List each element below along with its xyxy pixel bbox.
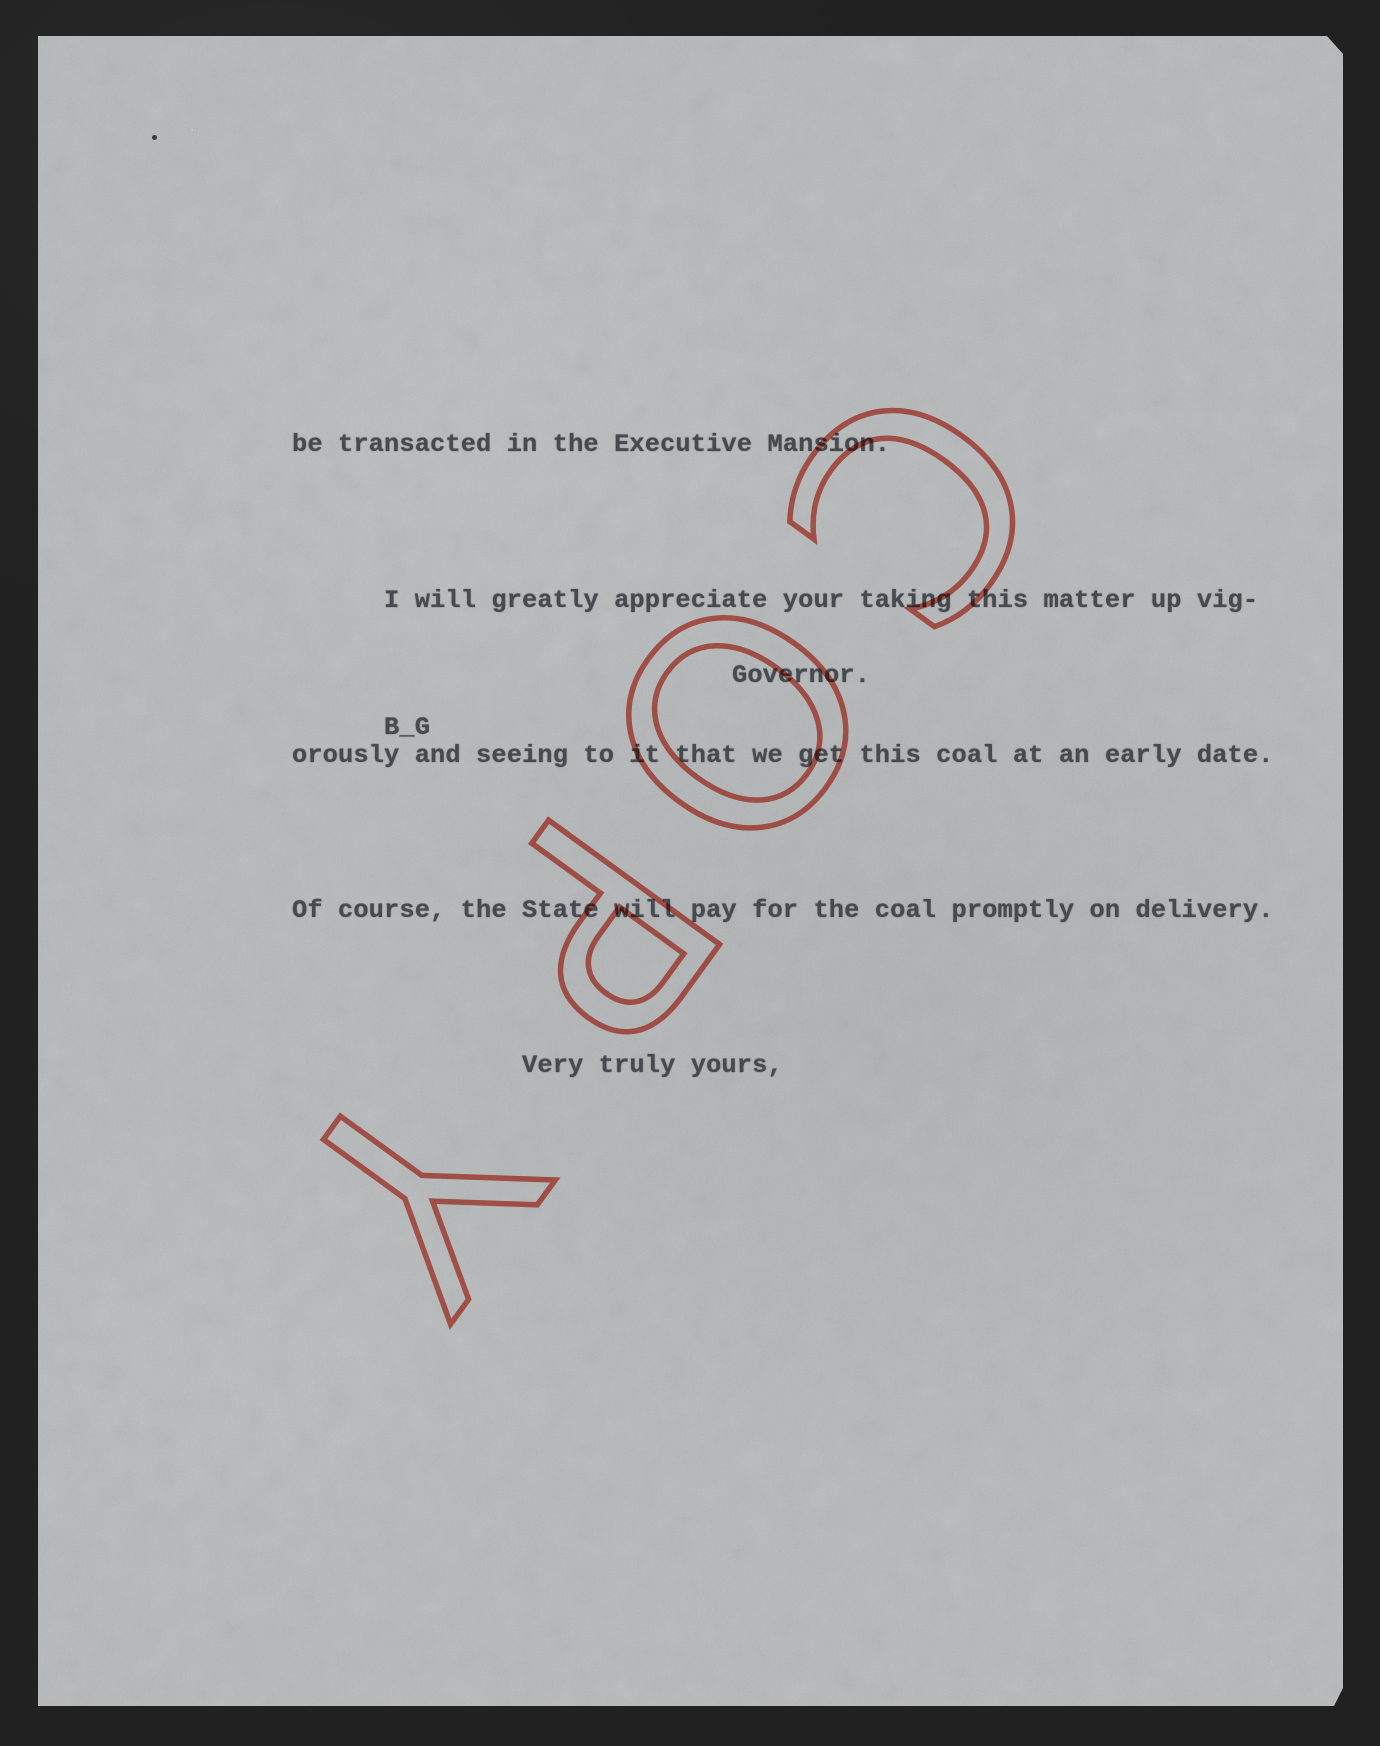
paper-speck: [152, 135, 157, 140]
signature-title: Governor.: [732, 650, 870, 702]
letter-line: be transacted in the Executive Mansion.: [292, 419, 1274, 471]
letter-line: Of course, the State will pay for the co…: [292, 885, 1274, 937]
signature-row: B_G Governor.: [292, 650, 1192, 857]
closing-line: Very truly yours,: [292, 1040, 1274, 1092]
letter-page: be transacted in the Executive Mansion. …: [38, 36, 1343, 1706]
scan-background: be transacted in the Executive Mansion. …: [0, 0, 1380, 1746]
paper-speck: [190, 128, 194, 132]
typist-initials: B_G: [384, 713, 430, 742]
letter-line: I will greatly appreciate your taking th…: [292, 575, 1274, 627]
